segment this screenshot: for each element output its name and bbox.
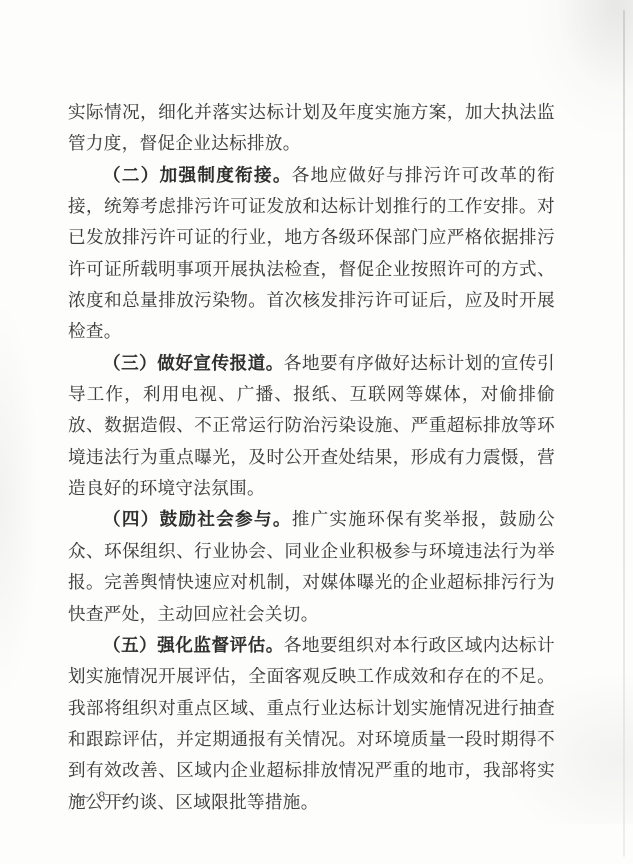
paragraph: 实际情况，细化并落实达标计划及年度实施方案，加大执法监管力度，督促企业达标排放。 [68, 97, 555, 160]
paragraph: （三）做好宣传报道。各地要有序做好达标计划的宣传引导工作，利用电视、广播、报纸、… [68, 348, 555, 505]
paragraph-lead: （四）鼓励社会参与。 [103, 509, 292, 529]
document-page: 实际情况，细化并落实达标计划及年度实施方案，加大执法监管力度，督促企业达标排放。… [0, 0, 633, 864]
paragraph-text: 实际情况，细化并落实达标计划及年度实施方案，加大执法监管力度，督促企业达标排放。 [68, 102, 555, 153]
page-number: — 8 — [74, 789, 133, 806]
scan-shadow-left [0, 300, 40, 700]
paragraph: （二）加强制度衔接。各地应做好与排污许可改革的衔接，统筹考虑排污许可证发放和达标… [68, 160, 555, 348]
paragraph-lead: （二）加强制度衔接。 [103, 165, 292, 185]
paragraph-text: 各地要有序做好达标计划的宣传引导工作，利用电视、广播、报纸、互联网等媒体，对偷排… [68, 353, 555, 498]
paragraph-lead: （三）做好宣传报道。 [103, 353, 284, 373]
paragraph: （五）强化监督评估。各地要组织对本行政区域内达标计划实施情况开展评估，全面客观反… [68, 630, 555, 818]
scan-edge-line [623, 10, 625, 857]
paragraph-lead: （五）强化监督评估。 [103, 635, 284, 655]
paragraph-text: 各地要组织对本行政区域内达标计划实施情况开展评估，全面客观反映工作成效和存在的不… [68, 635, 555, 812]
paragraph-text: 各地应做好与排污许可改革的衔接，统筹考虑排污许可证发放和达标计划推行的工作安排。… [68, 165, 555, 342]
document-body: 实际情况，细化并落实达标计划及年度实施方案，加大执法监管力度，督促企业达标排放。… [68, 97, 555, 818]
paragraph: （四）鼓励社会参与。推广实施环保有奖举报，鼓励公众、环保组织、行业协会、同业企业… [68, 504, 555, 629]
